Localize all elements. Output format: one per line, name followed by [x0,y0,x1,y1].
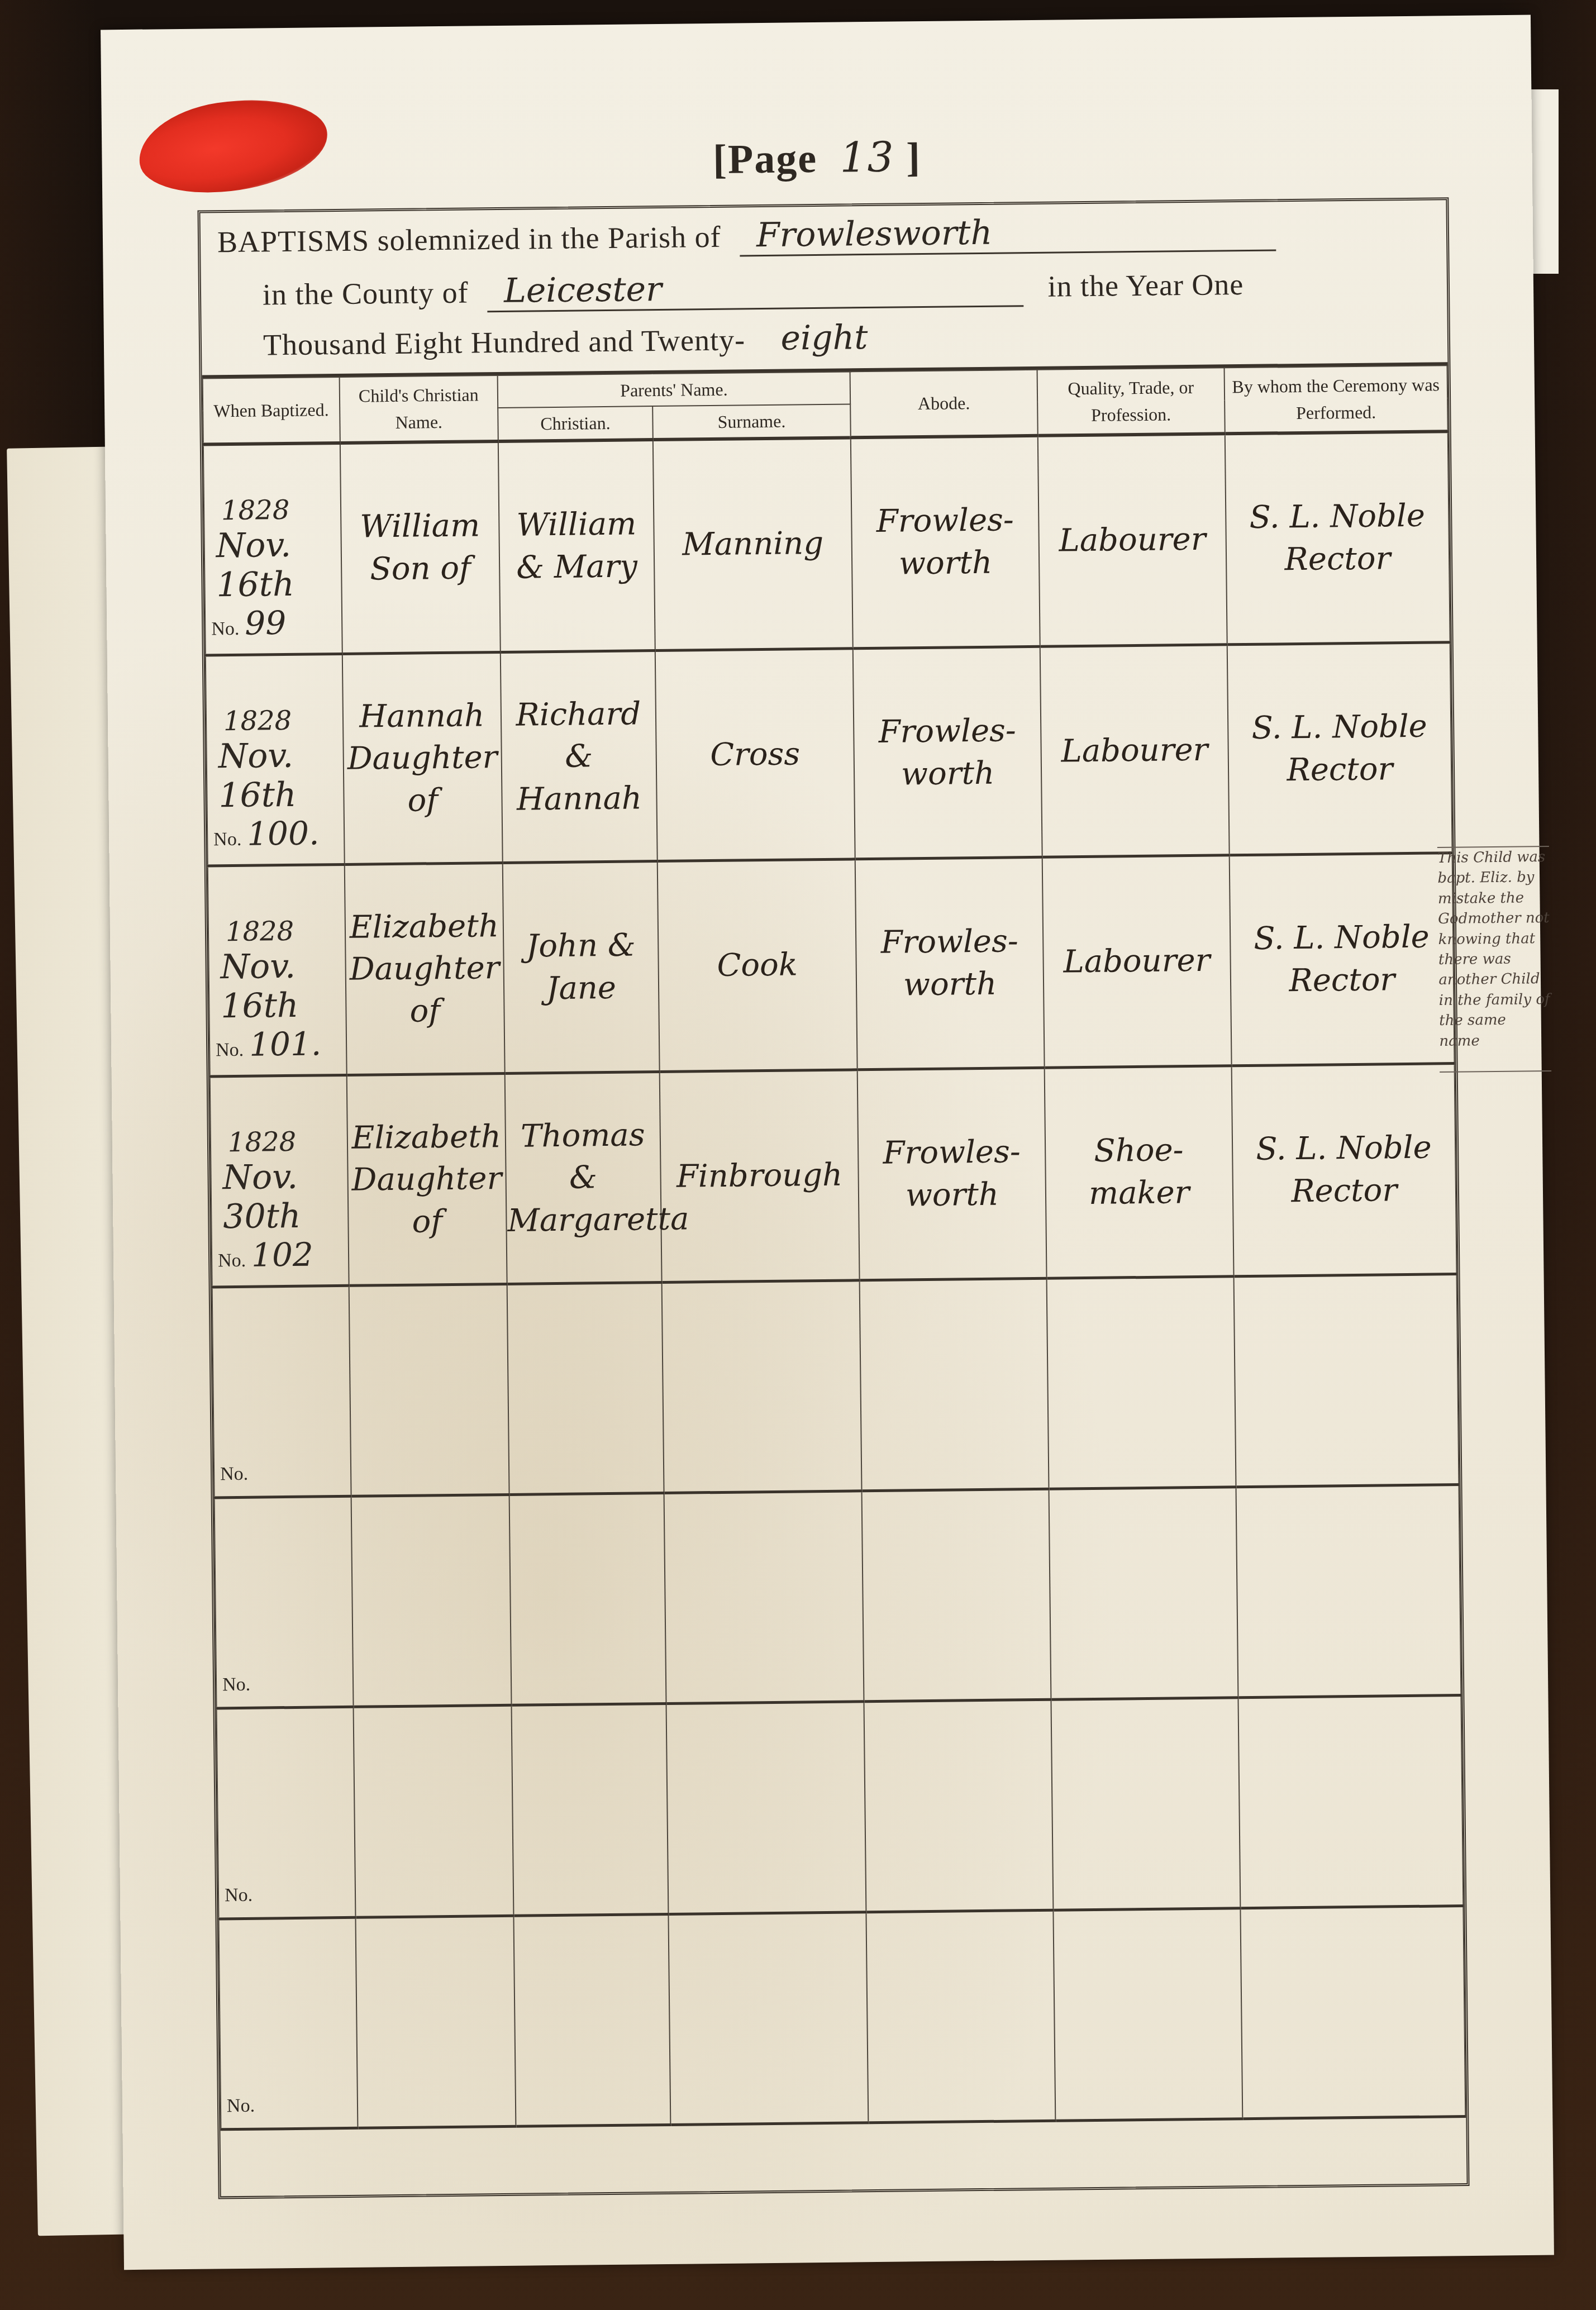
quality-cell [1049,1487,1238,1699]
year-label: Thousand Eight Hundred and Twenty- [263,323,746,361]
surname-cell [664,1491,864,1704]
parents-christian-cell [509,1493,666,1705]
heading-line-county: in the County of Leicester in the Year O… [263,264,1244,315]
when-baptized-cell: No. [215,1496,354,1708]
surname-cell: Finbrough [660,1070,860,1283]
surname-cell [661,1280,861,1493]
when-baptized-cell: 1828 Nov. 16th No.99 [203,443,342,655]
child-name-cell [353,1705,513,1917]
parish-value: Frowlesworth [740,210,1276,256]
entry-no: No.101. [216,1025,322,1064]
parents-christian-cell [513,1914,670,2126]
no-label: No. [216,1040,244,1061]
abode-cell [862,1489,1051,1701]
abode-cell: Frowles-worth [851,436,1040,649]
child-name-cell: Hannah Daughter of [342,652,502,864]
surname-cell [666,1702,866,1914]
child-name-cell: Elizabeth Daughter of [344,863,504,1075]
child-name-cell: Elizabeth Daughter of [346,1073,507,1285]
by-whom-cell: S. L. Noble Rector [1225,431,1450,645]
entry-date: Nov. 16th [218,736,342,815]
by-whom-cell: S. L. Noble Rector [1229,853,1454,1066]
no-label: No. [218,1250,246,1271]
entry-no: No.102 [218,1236,313,1275]
year-value: eight [764,318,885,358]
entry-number: 102 [251,1236,313,1274]
register-heading: BAPTISMS solemnized in the Parish of Fro… [201,200,1448,378]
register-entry: 1828 Nov. 16th No.100. Hannah Daughter o… [206,642,1452,866]
entry-number: 100. [247,814,320,852]
county-label: in the County of [263,276,469,312]
margin-annotation: This Child was bapt. Eliz. by mistake th… [1437,846,1551,1073]
register-entry-blank: No. [212,1274,1459,1498]
col-abode: Abode. [850,370,1038,437]
entry-no: No.99 [211,604,287,642]
register-entry: 1828 Nov. 30th No.102 Elizabeth Daughter… [210,1064,1457,1287]
col-parents-surname: Surname. [652,404,851,440]
parents-christian-cell [512,1703,669,1916]
entry-no: No. [220,1464,248,1485]
by-whom-cell [1240,1906,1465,2119]
entry-no: No. [225,1885,252,1907]
abode-cell [860,1278,1049,1490]
register-entry-blank: No. [218,1906,1465,2130]
parish-label: BAPTISMS solemnized in the Parish of [217,220,721,259]
quality-cell: Labourer [1038,434,1227,646]
register-page: [Page 13 ] BAPTISMS solemnized in the Pa… [101,15,1554,2270]
register-entry-blank: No. [215,1485,1461,1708]
page-number: 13 [840,134,895,182]
child-name-cell [355,1916,516,2128]
year-intro-label: in the Year One [1047,268,1244,303]
entry-number: 101. [249,1025,322,1063]
heading-line-parish: BAPTISMS solemnized in the Parish of Fro… [217,210,1276,262]
col-parents-name: Parents' Name. [498,371,851,408]
no-label: No. [227,2095,255,2117]
parents-christian-cell [507,1283,664,1495]
register-entry-blank: No. [217,1695,1464,1919]
no-label: No. [213,829,241,850]
parents-christian-cell: Thomas & Margaretta [505,1072,662,1284]
abode-cell: Frowles-worth [857,1068,1047,1280]
quality-cell [1053,1908,1242,2121]
parents-christian-cell: Richard & Hannah [501,651,658,863]
col-by-whom: By whom the Ceremony was Performed. [1224,365,1447,434]
quality-cell [1051,1698,1240,1910]
abode-cell: Frowles-worth [855,857,1045,1069]
when-baptized-cell: 1828 Nov. 16th No.101. [208,864,347,1077]
abode-cell: Frowles-worth [853,646,1042,859]
by-whom-cell [1233,1274,1459,1487]
when-baptized-cell: 1828 Nov. 30th No.102 [210,1075,349,1287]
surname-cell [668,1912,868,2125]
register-entry: 1828 Nov. 16th No.101. Elizabeth Daughte… [208,853,1455,1077]
register-entry: 1828 Nov. 16th No.99 William Son of Will… [203,431,1450,655]
entry-year: 1828 [226,915,344,947]
child-name-cell [349,1284,509,1496]
when-baptized-cell: 1828 Nov. 16th No.100. [206,654,345,866]
child-name-cell: William Son of [340,441,501,654]
no-label: No. [222,1674,250,1695]
when-baptized-cell: No. [217,1707,356,1919]
no-label: No. [220,1464,248,1485]
page-close: ] [906,135,922,180]
col-quality: Quality, Trade, or Profession. [1037,368,1225,435]
entry-no: No. [227,2095,255,2117]
abode-cell [866,1910,1055,2122]
parents-christian-cell: William & Mary [498,440,655,652]
county-value: Leicester [487,266,1024,312]
no-label: No. [225,1885,252,1906]
quality-cell: Labourer [1040,645,1230,857]
child-name-cell [351,1494,511,1707]
surname-cell: Cross [655,649,855,861]
quality-cell: Shoe-maker [1045,1066,1234,1278]
entry-date: Nov. 16th [220,946,345,1026]
col-when-baptized: When Baptized. [203,377,340,445]
entry-no: No.100. [213,814,320,853]
entry-year: 1828 [221,494,340,526]
entry-date: Nov. 30th [222,1157,347,1236]
abode-cell [864,1699,1054,1912]
by-whom-cell: S. L. Noble Rector [1231,1064,1456,1277]
by-whom-cell: S. L. Noble Rector [1227,642,1452,855]
by-whom-cell [1236,1485,1461,1698]
entry-number: 99 [245,604,287,642]
quality-cell [1046,1277,1236,1489]
quality-cell: Labourer [1042,855,1232,1068]
entry-no: No. [222,1674,250,1696]
col-parents-christian: Christian. [498,406,652,441]
entry-date: Nov. 16th [216,525,340,604]
entry-year: 1828 [228,1126,346,1158]
by-whom-cell [1238,1695,1463,1908]
entry-year: 1828 [223,704,342,737]
baptism-register-table: When Baptized. Child's Christian Name. P… [202,365,1466,2131]
surname-cell: Manning [653,437,853,650]
when-baptized-cell: No. [218,1917,358,2130]
when-baptized-cell: No. [212,1285,351,1498]
page-label: [Page [713,136,818,183]
no-label: No. [211,618,239,640]
register-frame: BAPTISMS solemnized in the Parish of Fro… [197,197,1469,2199]
surname-cell: Cook [658,859,857,1072]
col-child-name: Child's Christian Name. [339,375,498,443]
parents-christian-cell: John & Jane [503,861,660,1074]
heading-line-year: Thousand Eight Hundred and Twenty- eight [263,318,885,364]
